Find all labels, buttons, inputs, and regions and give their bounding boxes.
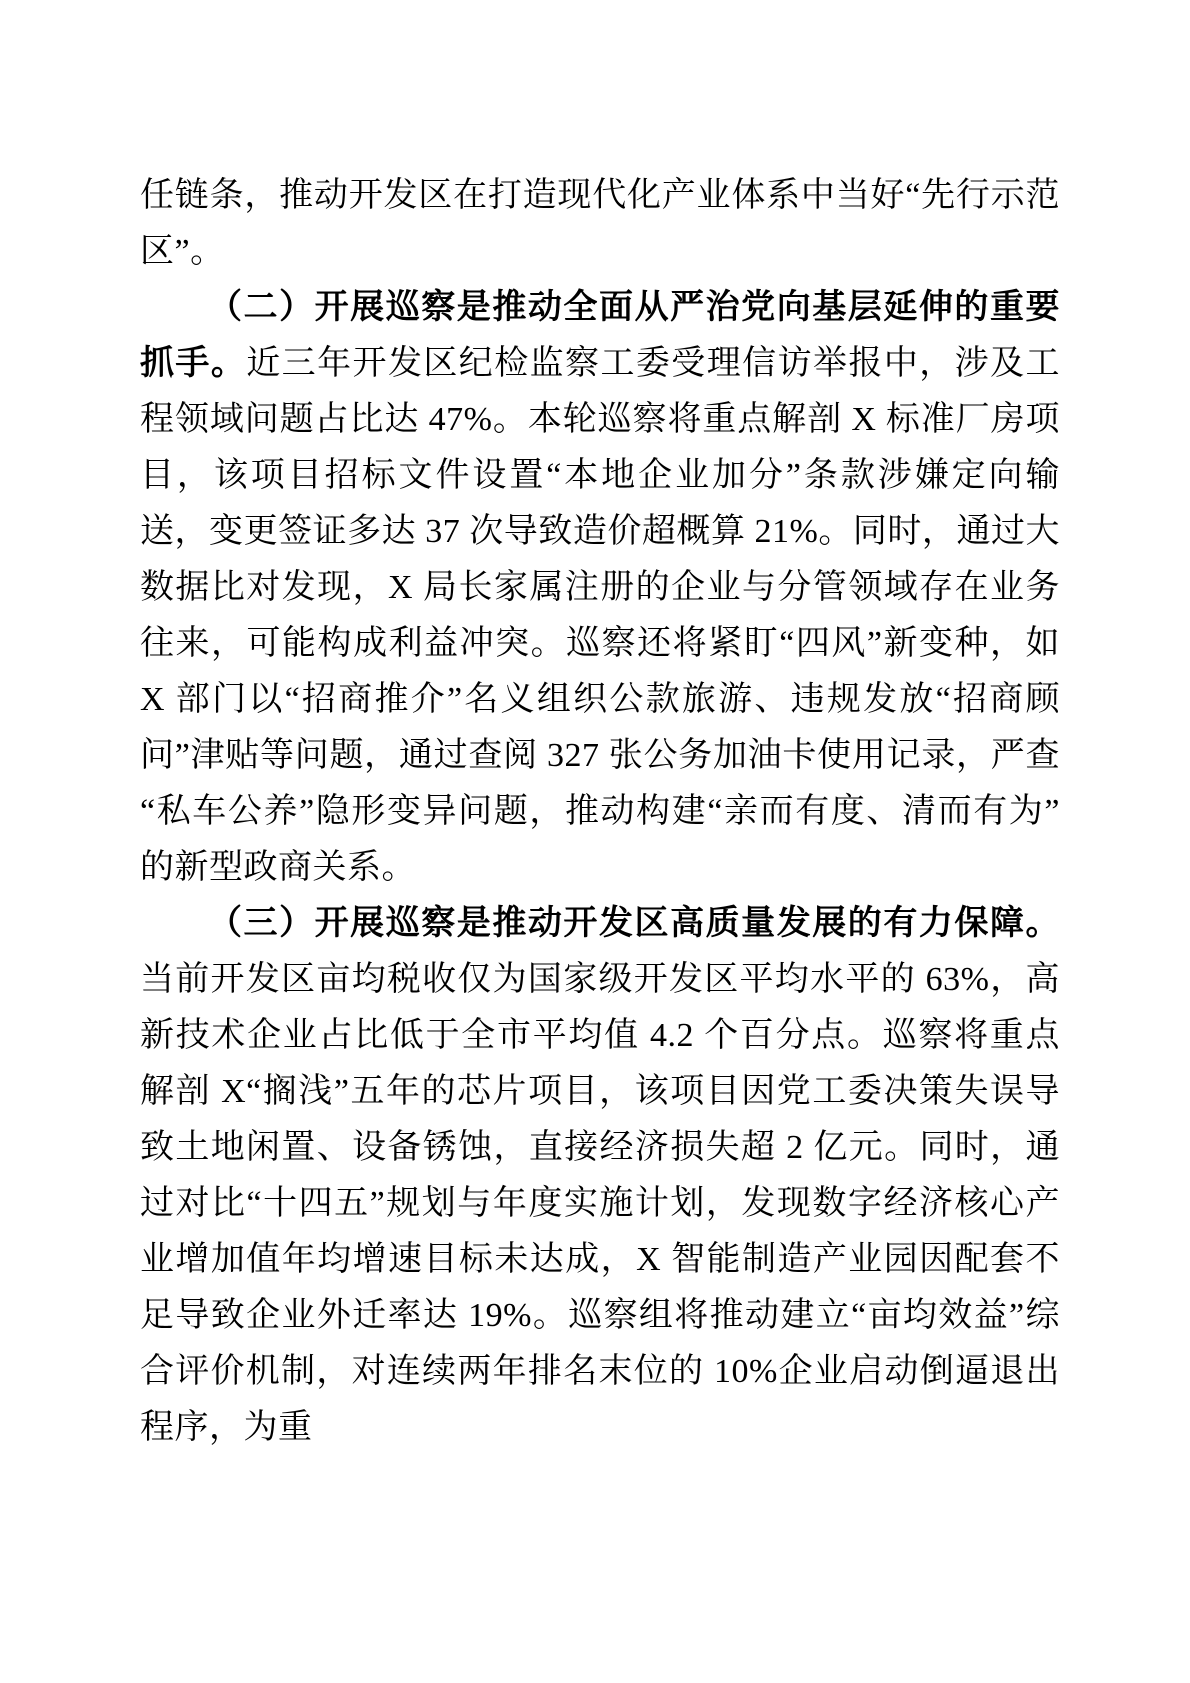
paragraph-heading: （三）开展巡察是推动开发区高质量发展的有力保障。 bbox=[208, 905, 1060, 942]
paragraph-section-3: （三）开展巡察是推动开发区高质量发展的有力保障。当前开发区亩均税收仅为国家级开发… bbox=[140, 896, 1060, 1456]
paragraph-continuation: 任链条，推动开发区在打造现代化产业体系中当好“先行示范区”。 bbox=[140, 168, 1060, 280]
document-body: 任链条，推动开发区在打造现代化产业体系中当好“先行示范区”。（二）开展巡察是推动… bbox=[140, 168, 1060, 1456]
paragraph-text: 任链条，推动开发区在打造现代化产业体系中当好“先行示范区”。 bbox=[140, 177, 1060, 270]
paragraph-text: 近三年开发区纪检监察工委受理信访举报中，涉及工程领域问题占比达 47%。本轮巡察… bbox=[140, 345, 1060, 886]
paragraph-section-2: （二）开展巡察是推动全面从严治党向基层延伸的重要抓手。近三年开发区纪检监察工委受… bbox=[140, 280, 1060, 896]
document-page: 任链条，推动开发区在打造现代化产业体系中当好“先行示范区”。（二）开展巡察是推动… bbox=[0, 0, 1190, 1683]
paragraph-text: 当前开发区亩均税收仅为国家级开发区平均水平的 63%，高新技术企业占比低于全市平… bbox=[140, 961, 1060, 1446]
